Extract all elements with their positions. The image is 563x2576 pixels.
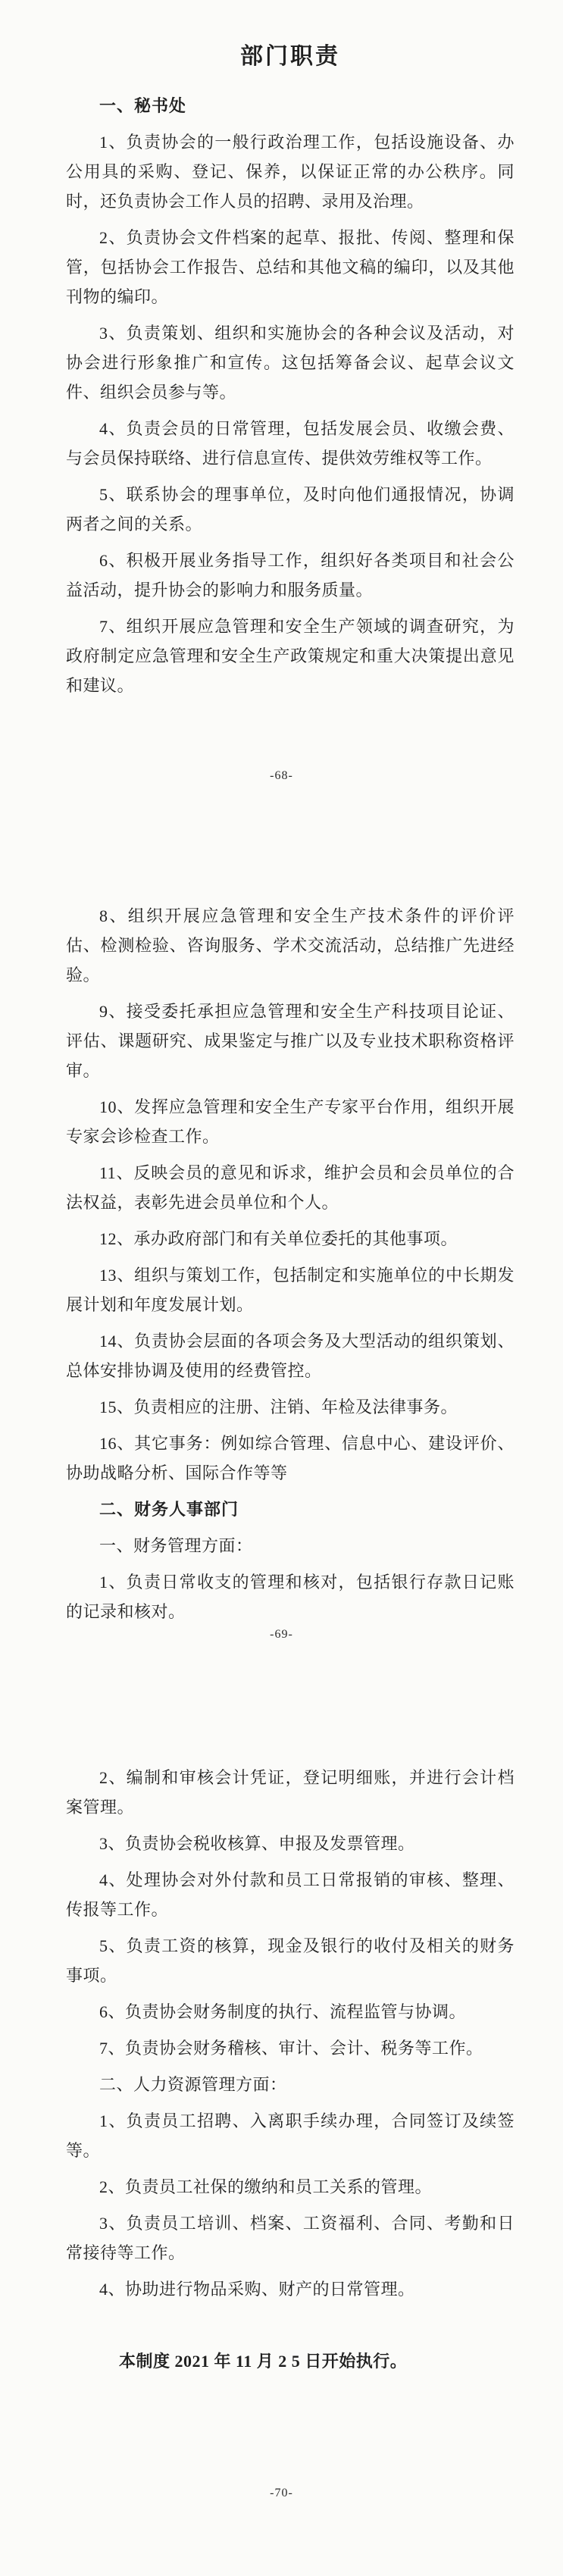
body-paragraph: 1、负责协会的一般行政治理工作，包括设施设备、办公用具的采购、登记、保养，以保证…	[66, 127, 515, 216]
body-paragraph: 5、联系协会的理事单位，及时向他们通报情况，协调两者之间的关系。	[66, 480, 515, 539]
page-number-70: -70-	[0, 2487, 563, 2500]
body-paragraph: 9、接受委托承担应急管理和安全生产科技项目论证、评估、课题研究、成果鉴定与推广以…	[66, 997, 515, 1085]
page-number-68: -68-	[0, 769, 563, 783]
body-paragraph: 1、负责日常收支的管理和核对，包括银行存款日记账的记录和核对。	[66, 1567, 515, 1626]
body-paragraph: 3、负责员工培训、档案、工资福利、合同、考勤和日常接待等工作。	[66, 2208, 515, 2268]
body-paragraph: 15、负责相应的注册、注销、年检及法律事务。	[66, 1392, 515, 1422]
body-paragraph: 4、负责会员的日常管理，包括发展会员、收缴会费、与会员保持联络、进行信息宣传、提…	[66, 414, 515, 473]
body-paragraph: 13、组织与策划工作，包括制定和实施单位的中长期发展计划和年度发展计划。	[66, 1260, 515, 1319]
body-paragraph: 2、负责协会文件档案的起草、报批、传阅、整理和保管，包括协会工作报告、总结和其他…	[66, 223, 515, 311]
body-paragraph: 1、负责员工招聘、入离职手续办理，合同签订及续签等。	[66, 2106, 515, 2165]
body-paragraph: 3、负责策划、组织和实施协会的各种会议及活动，对协会进行形象推广和宣传。这包括筹…	[66, 318, 515, 407]
effective-date-note: 本制度 2021 年 11 月 2 5 日开始执行。	[66, 2346, 515, 2376]
body-paragraph: 7、负责协会财务稽核、审计、会计、税务等工作。	[66, 2033, 515, 2063]
body-paragraph: 8、组织开展应急管理和安全生产技术条件的评价评估、检测检验、咨询服务、学术交流活…	[66, 901, 515, 990]
section-heading-secretariat: 一、秘书处	[66, 91, 515, 121]
section-heading-finance-hr-dept: 二、财务人事部门	[66, 1495, 515, 1524]
subsection-heading-human-resources: 二、人力资源管理方面：	[66, 2070, 515, 2099]
body-paragraph: 2、编制和审核会计凭证，登记明细账，并进行会计档案管理。	[66, 1763, 515, 1822]
body-paragraph: 4、处理协会对外付款和员工日常报销的审核、整理、传报等工作。	[66, 1865, 515, 1924]
body-paragraph: 7、组织开展应急管理和安全生产领域的调查研究，为政府制定应急管理和安全生产政策规…	[66, 612, 515, 700]
body-paragraph: 6、负责协会财务制度的执行、流程监管与协调。	[66, 1997, 515, 2027]
page-1: 部门职责 一、秘书处 1、负责协会的一般行政治理工作，包括设施设备、办公用具的采…	[0, 0, 563, 859]
page-2: 8、组织开展应急管理和安全生产技术条件的评价评估、检测检验、咨询服务、学术交流活…	[0, 859, 563, 1717]
scanned-document: 部门职责 一、秘书处 1、负责协会的一般行政治理工作，包括设施设备、办公用具的采…	[0, 0, 563, 2576]
body-paragraph: 14、负责协会层面的各项会务及大型活动的组织策划、总体安排协调及使用的经费管控。	[66, 1326, 515, 1385]
body-paragraph: 6、积极开展业务指导工作，组织好各类项目和社会公益活动，提升协会的影响力和服务质…	[66, 546, 515, 605]
page-number-69: -69-	[0, 1628, 563, 1642]
page-3: 2、编制和审核会计凭证，登记明细账，并进行会计档案管理。 3、负责协会税收核算、…	[0, 1717, 563, 2576]
body-paragraph: 12、承办政府部门和有关单位委托的其他事项。	[66, 1224, 515, 1254]
body-paragraph: 2、负责员工社保的缴纳和员工关系的管理。	[66, 2172, 515, 2202]
body-paragraph: 3、负责协会税收核算、申报及发票管理。	[66, 1829, 515, 1858]
body-paragraph: 5、负责工资的核算，现金及银行的收付及相关的财务事项。	[66, 1931, 515, 1990]
body-paragraph: 11、反映会员的意见和诉求，维护会员和会员单位的合法权益，表彰先进会员单位和个人…	[66, 1158, 515, 1217]
body-paragraph: 16、其它事务：例如综合管理、信息中心、建设评价、协助战略分析、国际合作等等	[66, 1429, 515, 1488]
subsection-heading-finance: 一、财务管理方面：	[66, 1531, 515, 1560]
document-title: 部门职责	[66, 0, 515, 73]
body-paragraph: 10、发挥应急管理和安全生产专家平台作用，组织开展专家会诊检查工作。	[66, 1092, 515, 1151]
body-paragraph: 4、协助进行物品采购、财产的日常管理。	[66, 2274, 515, 2304]
